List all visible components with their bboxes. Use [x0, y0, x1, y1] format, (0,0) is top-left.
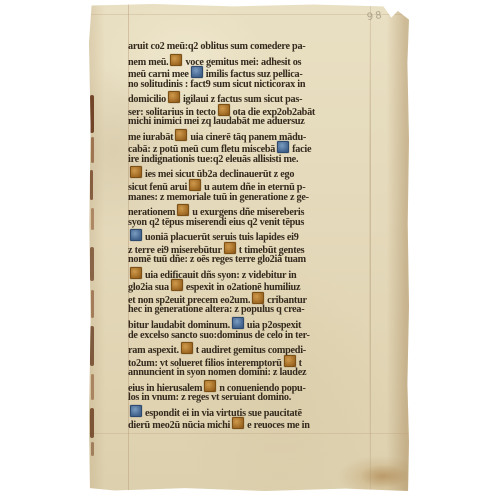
manuscript-line: cabā: z potū meū cum fletu miscebāfacie — [128, 141, 362, 154]
manuscript-leaf: 98 aruit co2 meū:q2 oblitus sum comedere… — [89, 4, 409, 491]
ruling-line-horizontal-bottom — [89, 433, 409, 434]
manuscript-line: eius in hierusalemn conueniendo popu- — [128, 380, 362, 393]
illuminated-initial-gold — [130, 267, 142, 279]
illuminated-initial-gold — [168, 91, 180, 103]
illuminated-initial-gold — [170, 54, 182, 66]
parchment-crease — [369, 4, 371, 491]
manuscript-line: manes: z memoriale tuū in generatione z … — [128, 192, 362, 205]
manuscript-line: hec in generatione altera: z populus q c… — [128, 304, 362, 317]
manuscript-line: to2um: vt solueret filios interemptorūt — [128, 355, 362, 368]
text-run: michi inimici mei zq laudabāt me aduersu… — [128, 116, 305, 127]
illuminated-initial-gold — [232, 417, 244, 429]
illuminated-initial-blue — [130, 229, 142, 241]
binding-residue-mark — [90, 170, 93, 200]
illuminated-initial-blue — [232, 317, 244, 329]
manuscript-line: meū carni meeimilis factus suz pellica- — [128, 66, 362, 79]
illuminated-initial-gold — [181, 342, 193, 354]
stain-patch — [361, 465, 407, 487]
manuscript-line: nerationemu exurgens dñe misereberis — [128, 204, 362, 217]
manuscript-line: uia edificauit dñs syon: z videbitur in — [128, 267, 362, 280]
binding-residue-mark — [91, 208, 94, 230]
text-run: e reuoces me in — [247, 420, 310, 431]
manuscript-line: ram aspexit.t audiret gemitus compedi- — [128, 342, 362, 355]
ruling-line-horizontal-top — [89, 14, 409, 15]
manuscript-line: z terre ei9 miserebūturt timebūt gentes — [128, 242, 362, 255]
text-run: nomē tuū dñe: z oēs reges terre glo2iā t… — [128, 254, 306, 265]
illuminated-initial-gold — [224, 242, 236, 254]
binding-residue-mark — [91, 442, 94, 456]
text-run: hec in generatione altera: z populus q c… — [128, 304, 304, 315]
illuminated-initial-gold — [171, 279, 183, 291]
binding-residue-mark — [90, 247, 94, 281]
manuscript-line: los in vnum: z reges vt seruiant domino. — [128, 392, 362, 405]
binding-residue-mark — [90, 326, 94, 366]
illuminated-initial-gold — [284, 355, 296, 367]
manuscript-line: de excelso sancto suo:dominus de celo in… — [128, 330, 362, 343]
binding-residue-mark — [90, 408, 94, 438]
binding-residue-mark — [91, 374, 94, 400]
illuminated-initial-blue — [130, 405, 142, 417]
manuscript-line: ire indignationis tue:q2 eleuās allisist… — [128, 154, 362, 167]
manuscript-line: syon q2 tēpus miserendi eius q2 venit tē… — [128, 217, 362, 230]
page-background: 98 aruit co2 meū:q2 oblitus sum comedere… — [0, 0, 500, 500]
manuscript-line: et non sp2euit precem eo2um.cribantur — [128, 292, 362, 305]
text-run: de excelso sancto suo:dominus de celo in… — [128, 330, 310, 341]
binding-residue-mark — [91, 290, 94, 318]
text-run: dierū meo2ū nūcia michi — [128, 420, 230, 431]
illuminated-initial-blue — [191, 66, 203, 78]
manuscript-line: me iurabātuia cinerē tāq panem mādu- — [128, 129, 362, 142]
manuscript-line: nomē tuū dñe: z oēs reges terre glo2iā t… — [128, 254, 362, 267]
illuminated-initial-gold — [130, 166, 142, 178]
illuminated-initial-gold — [252, 292, 264, 304]
manuscript-line: michi inimici mei zq laudabāt me aduersu… — [128, 116, 362, 129]
illuminated-initial-gold — [218, 104, 230, 116]
binding-residue-mark — [90, 95, 94, 133]
illuminated-initial-gold — [175, 129, 187, 141]
folio-number-pencil: 98 — [366, 10, 384, 23]
binding-residue-mark — [91, 137, 94, 163]
manuscript-line: no solitudinis : fact9 sum sicut nictico… — [128, 79, 362, 92]
illuminated-initial-gold — [177, 204, 189, 216]
illuminated-initial-gold — [204, 380, 216, 392]
manuscript-line: annuncient in syon nomen domini: z laude… — [128, 367, 362, 380]
text-run: annuncient in syon nomen domini: z laude… — [128, 367, 306, 378]
manuscript-line: ies mei sicut ūb2a declinauerūt z ego — [128, 166, 362, 179]
manuscript-line: sicut fenū aruiu autem dñe in eternū p- — [128, 179, 362, 192]
illuminated-initial-blue — [277, 141, 289, 153]
manuscript-line: ser: solitarius in tectoota die exp2ob2a… — [128, 104, 362, 117]
text-run: manes: z memoriale tuū in generatione z … — [128, 192, 309, 203]
manuscript-line: uoniā placuerūt seruis tuis lapides ei9 — [128, 229, 362, 242]
manuscript-line: aruit co2 meū:q2 oblitus sum comedere pa… — [128, 41, 362, 54]
manuscript-line: domicilioigilaui z factus sum sicut pas- — [128, 91, 362, 104]
text-run: aruit co2 meū:q2 oblitus sum comedere pa… — [128, 41, 305, 52]
text-run: no solitudinis : fact9 sum sicut nictico… — [128, 79, 305, 90]
manuscript-line: dierū meo2ū nūcia michie reuoces me in — [128, 417, 362, 430]
manuscript-line: nem meū.voce gemitus mei: adhesit os — [128, 54, 362, 67]
text-run: los in vnum: z reges vt seruiant domino. — [128, 392, 291, 403]
manuscript-line: espondit ei in via virtutis sue paucitat… — [128, 405, 362, 418]
text-run: syon q2 tēpus miserendi eius q2 venit tē… — [128, 217, 304, 228]
manuscript-line: bitur laudabit dominum.uia p2ospexit — [128, 317, 362, 330]
text-run: ire indignationis tue:q2 eleuās allisist… — [128, 154, 298, 165]
manuscript-text-block: aruit co2 meū:q2 oblitus sum comedere pa… — [128, 41, 362, 430]
manuscript-line: glo2ia suaespexit in o2ationē humiliuz — [128, 279, 362, 292]
illuminated-initial-gold — [189, 179, 201, 191]
